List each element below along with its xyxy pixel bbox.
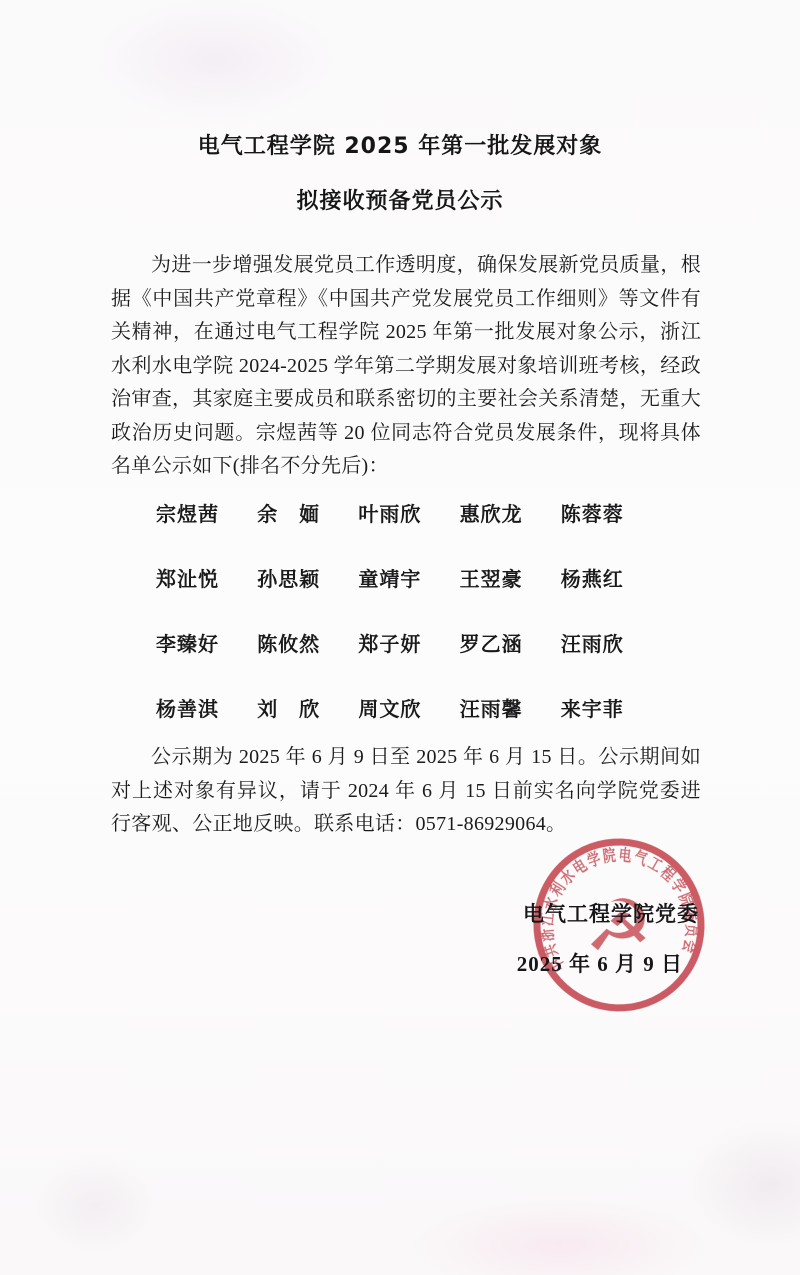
candidate-name: 汪雨欣 xyxy=(561,628,648,657)
candidate-name: 孙思颖 xyxy=(257,563,344,592)
candidate-name: 王翌豪 xyxy=(460,563,547,592)
candidate-name: 刘 欣 xyxy=(257,693,344,722)
candidate-name: 罗乙涵 xyxy=(460,628,547,657)
candidate-name: 陈攸然 xyxy=(257,628,344,657)
signature-committee: 电气工程学院党委 xyxy=(523,898,699,928)
candidate-name: 叶雨欣 xyxy=(358,498,445,527)
document-title-line1: 电气工程学院 2025 年第一批发展对象 xyxy=(0,129,800,160)
candidate-name: 宗煜茜 xyxy=(156,498,243,527)
candidate-name: 郑沚悦 xyxy=(156,563,243,592)
intro-paragraph: 为进一步增强发展党员工作透明度，确保发展新党员质量，根据《中国共产党章程》《中国… xyxy=(111,249,701,484)
candidate-name: 汪雨馨 xyxy=(460,693,547,722)
candidate-name: 杨燕红 xyxy=(561,563,648,592)
candidate-name: 惠欣龙 xyxy=(460,498,547,527)
candidate-name-list: 宗煜茜 余 媔 叶雨欣 惠欣龙 陈蓉蓉 郑沚悦 孙思颖 童靖宇 王翌豪 杨燕红 … xyxy=(156,498,648,722)
candidate-name: 来宇菲 xyxy=(561,693,648,722)
candidate-name: 李臻好 xyxy=(156,628,243,657)
candidate-name: 余 媔 xyxy=(257,498,344,527)
notice-period-paragraph: 公示期为 2025 年 6 月 9 日至 2025 年 6 月 15 日。公示期… xyxy=(111,741,701,842)
signature-date: 2025 年 6 月 9 日 xyxy=(517,948,683,978)
candidate-name: 杨善淇 xyxy=(156,693,243,722)
candidate-name: 郑子妍 xyxy=(358,628,445,657)
candidate-name: 周文欣 xyxy=(358,693,445,722)
public-notice-document: 电气工程学院 2025 年第一批发展对象 拟接收预备党员公示 为进一步增强发展党… xyxy=(0,0,800,1275)
document-title-line2: 拟接收预备党员公示 xyxy=(0,184,800,215)
candidate-name: 陈蓉蓉 xyxy=(561,498,648,527)
candidate-name: 童靖宇 xyxy=(358,563,445,592)
